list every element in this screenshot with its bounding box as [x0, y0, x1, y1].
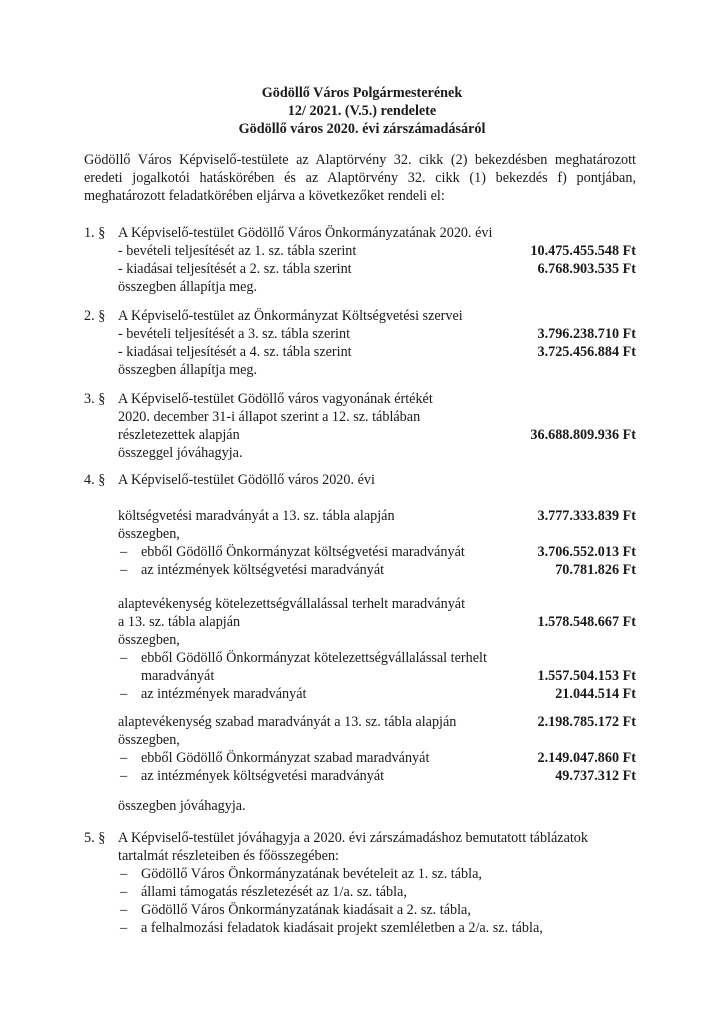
- item-label: - kiadásai teljesítését a 2. sz. tábla s…: [118, 260, 352, 278]
- item-label: az intézmények maradványát: [141, 685, 306, 703]
- dash-bullet: –: [120, 685, 127, 703]
- item-amount: 1.557.504.153 Ft: [537, 667, 636, 685]
- preamble-line: meghatározott feladatkörében eljárva a k…: [84, 187, 636, 205]
- section-text-line: részletezettek alapján: [118, 426, 240, 444]
- list-item: a felhalmozási feladatok kiadásait proje…: [141, 919, 543, 937]
- item-amount: 6.768.903.535 Ft: [537, 260, 636, 278]
- header-title-line-2: 12/ 2021. (V.5.) rendelete: [0, 102, 724, 120]
- section-intro: A Képviselő-testület jóváhagyja a 2020. …: [118, 829, 588, 847]
- section-closing: összegben jóváhagyja.: [118, 797, 246, 815]
- item-label: - bevételi teljesítését az 1. sz. tábla …: [118, 242, 356, 260]
- dash-bullet: –: [120, 919, 127, 937]
- item-amount: 3.725.456.884 Ft: [537, 343, 636, 361]
- section-number: 4. §: [84, 471, 105, 489]
- item-amount: 2.149.047.860 Ft: [537, 749, 636, 767]
- dash-bullet: –: [120, 749, 127, 767]
- header-title-line-3: Gödöllő város 2020. évi zárszámadásáról: [0, 120, 724, 138]
- item-label: - kiadásai teljesítését a 4. sz. tábla s…: [118, 343, 352, 361]
- dash-bullet: –: [120, 649, 127, 667]
- item-amount: 36.688.809.936 Ft: [530, 426, 636, 444]
- section-intro: A Képviselő-testület Gödöllő város 2020.…: [118, 471, 375, 489]
- group-sub: összegben,: [118, 631, 180, 649]
- preamble-line: eredeti jogalkotói hatáskörében és az Al…: [84, 169, 636, 187]
- dash-bullet: –: [120, 543, 127, 561]
- group-amount: 3.777.333.839 Ft: [537, 507, 636, 525]
- section-text-line: 2020. december 31-i állapot szerint a 12…: [118, 408, 420, 426]
- item-label: - bevételi teljesítését a 3. sz. tábla s…: [118, 325, 350, 343]
- group-label: alaptevékenység kötelezettségvállalással…: [118, 595, 465, 613]
- dash-bullet: –: [120, 883, 127, 901]
- section-number: 1. §: [84, 224, 105, 242]
- preamble-line: Gödöllő Város Képviselő-testülete az Ala…: [84, 151, 636, 169]
- item-amount: 3.706.552.013 Ft: [537, 543, 636, 561]
- list-item: Gödöllő Város Önkormányzatának kiadásait…: [141, 901, 471, 919]
- dash-bullet: –: [120, 901, 127, 919]
- dash-bullet: –: [120, 561, 127, 579]
- section-text-line: összeggel jóváhagyja.: [118, 444, 243, 462]
- section-intro: tartalmát részleteiben és főösszegében:: [118, 847, 339, 865]
- section-text-line: A Képviselő-testület Gödöllő város vagyo…: [118, 390, 433, 408]
- item-label: az intézmények költségvetési maradványát: [141, 561, 384, 579]
- section-number: 5. §: [84, 829, 105, 847]
- item-amount: 70.781.826 Ft: [555, 561, 636, 579]
- list-item: állami támogatás részletezését az 1/a. s…: [141, 883, 407, 901]
- list-item: Gödöllő Város Önkormányzatának bevételei…: [141, 865, 482, 883]
- dash-bullet: –: [120, 767, 127, 785]
- header-title-line-1: Gödöllő Város Polgármesterének: [0, 84, 724, 102]
- item-label: ebből Gödöllő Önkormányzat szabad maradv…: [141, 749, 429, 767]
- item-label: az intézmények költségvetési maradványát: [141, 767, 384, 785]
- section-number: 2. §: [84, 307, 105, 325]
- item-amount: 49.737.312 Ft: [555, 767, 636, 785]
- group-label: a 13. sz. tábla alapján: [118, 613, 240, 631]
- group-sub: összegben,: [118, 525, 180, 543]
- dash-bullet: –: [120, 865, 127, 883]
- group-label: költségvetési maradványát a 13. sz. tábl…: [118, 507, 395, 525]
- item-label: ebből Gödöllő Önkormányzat költségvetési…: [141, 543, 465, 561]
- item-amount: 10.475.455.548 Ft: [530, 242, 636, 260]
- section-number: 3. §: [84, 390, 105, 408]
- section-closing: összegben állapítja meg.: [118, 361, 257, 379]
- section-closing: összegben állapítja meg.: [118, 278, 257, 296]
- section-intro: A Képviselő-testület az Önkormányzat Köl…: [118, 307, 463, 325]
- group-label: alaptevékenység szabad maradványát a 13.…: [118, 713, 456, 731]
- section-intro: A Képviselő-testület Gödöllő Város Önkor…: [118, 224, 492, 242]
- item-amount: 21.044.514 Ft: [555, 685, 636, 703]
- item-label-cont: maradványát: [141, 667, 214, 685]
- group-amount: 2.198.785.172 Ft: [537, 713, 636, 731]
- group-sub: összegben,: [118, 731, 180, 749]
- item-amount: 3.796.238.710 Ft: [537, 325, 636, 343]
- group-amount: 1.578.548.667 Ft: [537, 613, 636, 631]
- item-label: ebből Gödöllő Önkormányzat kötelezettség…: [141, 649, 487, 667]
